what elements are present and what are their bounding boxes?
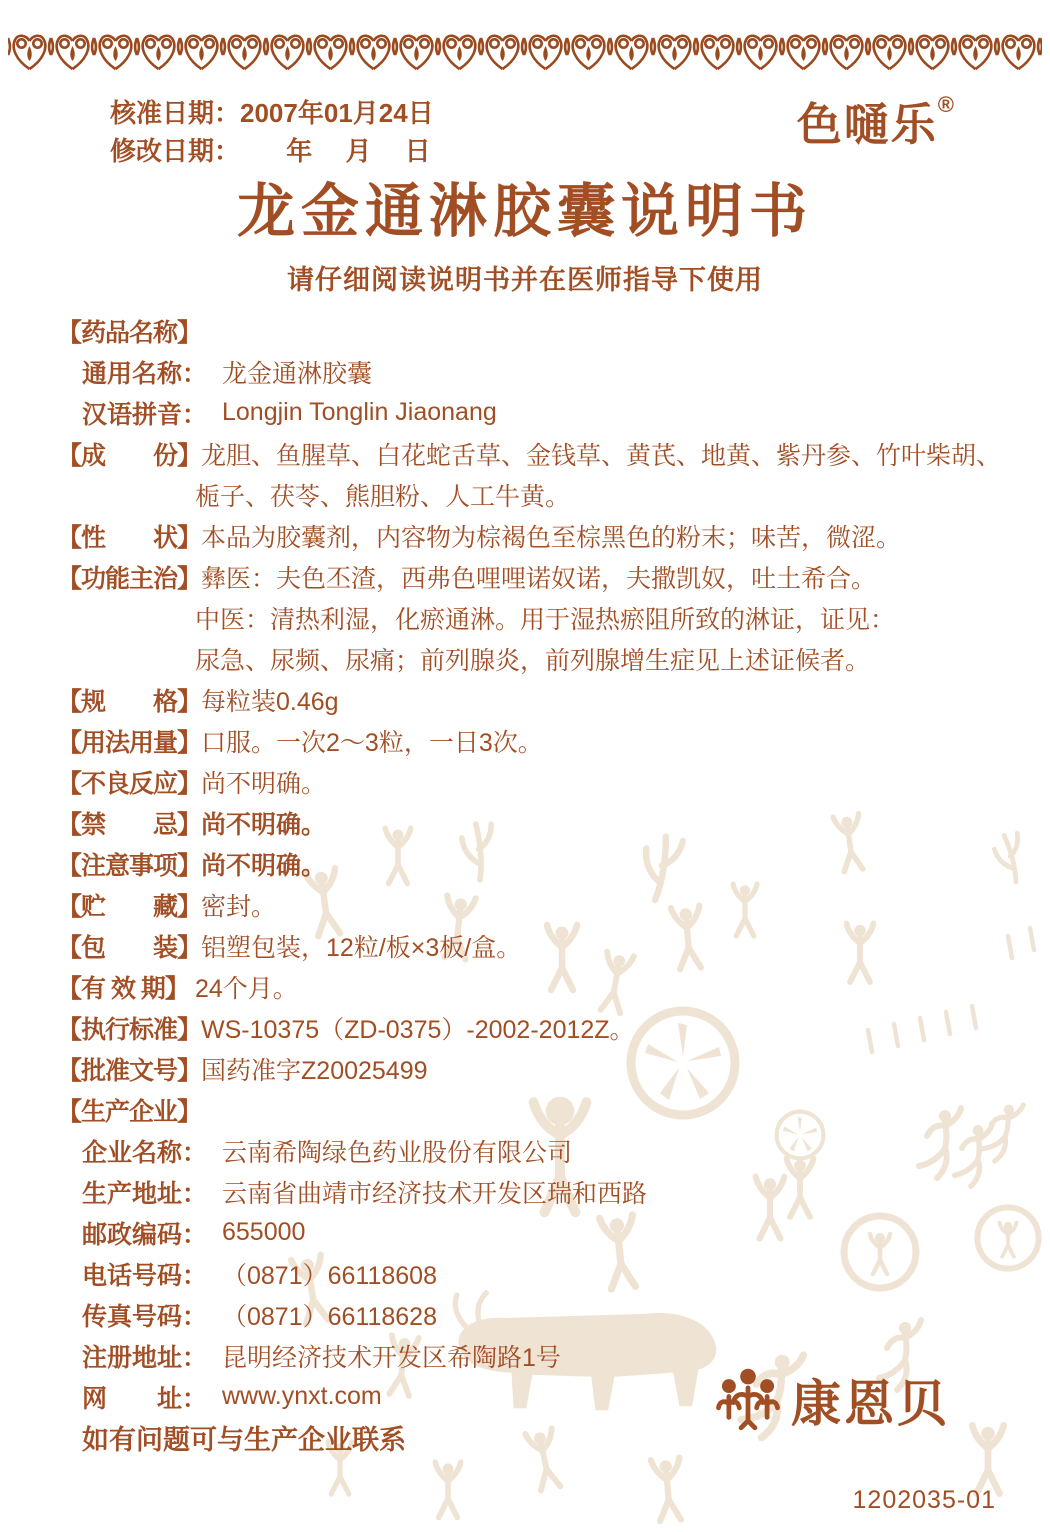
revision-date-label: 修改日期：: [110, 136, 227, 166]
specification: 【规 格】每粒装0.46g: [57, 679, 1012, 720]
field-value: Longjin Tonglin Jiaonang: [222, 398, 497, 427]
field-label: 【贮 藏】: [57, 887, 201, 923]
ingredients: 【成 份】龙胆、鱼腥草、白花蛇舌草、金钱草、黄芪、地黄、紫丹参、竹叶柴胡、: [57, 433, 1012, 474]
page-title: 龙金通淋胶囊说明书: [0, 180, 1050, 244]
production-address: 生产地址：云南省曲靖市经济技术开发区瑞和西路: [57, 1171, 1012, 1212]
storage: 【贮 藏】密封。: [57, 884, 1012, 925]
ingredients-cont: 栀子、茯苓、熊胆粉、人工牛黄。: [57, 474, 1012, 515]
brand-name: 色嗵乐: [797, 99, 938, 150]
field-value: 口服。一次2～3粒，一日3次。: [201, 723, 543, 759]
field-value: （0871）66118608: [222, 1256, 437, 1292]
field-value: 云南希陶绿色药业股份有限公司: [222, 1133, 572, 1169]
field-label: 【包 装】: [57, 928, 201, 964]
dosage: 【用法用量】口服。一次2～3粒，一日3次。: [57, 720, 1012, 761]
field-value: 尚不明确。: [201, 805, 326, 841]
header-dates: 核准日期：2007年01月24日 修改日期： 年 月 日: [110, 94, 434, 170]
field-value: 龙金通淋胶囊: [222, 354, 372, 390]
field-value: 尚不明确。: [201, 846, 326, 882]
field-value: www.ynxt.com: [222, 1382, 382, 1411]
fax-number: 传真号码：（0871）66118628: [57, 1294, 1012, 1335]
field-label: 注册地址：: [82, 1338, 222, 1374]
revision-date-value: 年 月 日: [227, 136, 431, 166]
leaflet-body: 【药品名称】 通用名称：龙金通淋胶囊 汉语拼音：Longjin Tonglin …: [57, 310, 1012, 1458]
field-value: 昆明经济技术开发区希陶路1号: [222, 1338, 561, 1374]
field-value: 彝医：夫色丕渣，西弗色哩哩诺奴诺，夫撒凯奴，吐土希合。: [201, 559, 876, 595]
approval-date-value: 2007年01月24日: [240, 98, 434, 128]
field-label: 通用名称：: [82, 354, 222, 390]
field-value: 密封。: [201, 887, 276, 923]
conba-logo: 康恩贝: [715, 1364, 950, 1436]
field-value: 国药准字Z20025499: [201, 1051, 428, 1087]
page-subtitle: 请仔细阅读说明书并在医师指导下使用: [0, 258, 1050, 297]
field-label: 传真号码：: [82, 1297, 222, 1333]
field-value: WS-10375（ZD-0375）-2002-2012Z。: [201, 1010, 635, 1046]
ornament-border-icon: [8, 28, 1042, 72]
indications-tcm: 中医：清热利湿，化瘀通淋。用于湿热瘀阻所致的淋证，证见：: [57, 597, 1012, 638]
indications-cont: 尿急、尿频、尿痛；前列腺炎，前列腺增生症见上述证候者。: [57, 638, 1012, 679]
brand-mark: 色嗵乐®: [797, 88, 954, 153]
field-label: 【禁 忌】: [57, 805, 201, 841]
description: 【性 状】本品为胶囊剂，内容物为棕褐色至棕黑色的粉末；味苦，微涩。: [57, 515, 1012, 556]
field-value: 栀子、茯苓、熊胆粉、人工牛黄。: [195, 477, 570, 513]
postal-code: 邮政编码：655000: [57, 1212, 1012, 1253]
field-label: 【生产企业】: [57, 1092, 201, 1128]
pinyin-name: 汉语拼音：Longjin Tonglin Jiaonang: [57, 392, 1012, 433]
approval-date-line: 核准日期：2007年01月24日: [110, 94, 434, 132]
field-label: 汉语拼音：: [82, 395, 222, 431]
approval-date-label: 核准日期：: [110, 98, 240, 128]
field-label: 生产地址：: [82, 1174, 222, 1210]
field-label: 网 址：: [82, 1379, 222, 1415]
leaflet-page: 核准日期：2007年01月24日 修改日期： 年 月 日 色嗵乐® 龙金通淋胶囊…: [0, 0, 1050, 1532]
field-value: 如有问题可与生产企业联系: [82, 1418, 406, 1457]
field-label: 【用法用量】: [57, 723, 201, 759]
field-label: 电话号码：: [82, 1256, 222, 1292]
field-value: 24个月。: [195, 969, 298, 1005]
approval-number: 【批准文号】国药准字Z20025499: [57, 1048, 1012, 1089]
field-label: 【不良反应】: [57, 764, 201, 800]
field-label: 【批准文号】: [57, 1051, 201, 1087]
field-label: 【注意事项】: [57, 846, 201, 882]
indications-yi: 【功能主治】彝医：夫色丕渣，西弗色哩哩诺奴诺，夫撒凯奴，吐土希合。: [57, 556, 1012, 597]
field-label: 企业名称：: [82, 1133, 222, 1169]
print-code: 1202035-01: [853, 1486, 996, 1515]
field-value: 尿急、尿频、尿痛；前列腺炎，前列腺增生症见上述证候者。: [195, 641, 870, 677]
packaging: 【包 装】铝塑包装，12粒/板×3板/盒。: [57, 925, 1012, 966]
field-value: 铝塑包装，12粒/板×3板/盒。: [201, 928, 521, 964]
field-value: 中医：清热利湿，化瘀通淋。用于湿热瘀阻所致的淋证，证见：: [195, 600, 895, 636]
field-label: 【药品名称】: [57, 313, 201, 349]
field-label: 【性 状】: [57, 518, 201, 554]
field-value: 每粒装0.46g: [201, 682, 339, 718]
validity-period: 【有 效 期】24个月。: [57, 966, 1012, 1007]
field-value: 本品为胶囊剂，内容物为棕褐色至棕黑色的粉末；味苦，微涩。: [201, 518, 901, 554]
conba-logo-icon: [715, 1366, 781, 1434]
section-drug-name: 【药品名称】: [57, 310, 1012, 351]
revision-date-line: 修改日期： 年 月 日: [110, 132, 434, 170]
field-value: 龙胆、鱼腥草、白花蛇舌草、金钱草、黄芪、地黄、紫丹参、竹叶柴胡、: [201, 436, 1001, 472]
adverse-reactions: 【不良反应】尚不明确。: [57, 761, 1012, 802]
generic-name: 通用名称：龙金通淋胶囊: [57, 351, 1012, 392]
field-label: 【执行标准】: [57, 1010, 201, 1046]
executive-standard: 【执行标准】WS-10375（ZD-0375）-2002-2012Z。: [57, 1007, 1012, 1048]
field-label: 【规 格】: [57, 682, 201, 718]
field-label: 邮政编码：: [82, 1215, 222, 1251]
field-label: 【有 效 期】: [57, 969, 195, 1005]
section-manufacturer: 【生产企业】: [57, 1089, 1012, 1130]
field-label: 【功能主治】: [57, 559, 201, 595]
field-value: 云南省曲靖市经济技术开发区瑞和西路: [222, 1174, 647, 1210]
field-value: 尚不明确。: [201, 764, 326, 800]
precautions: 【注意事项】尚不明确。: [57, 843, 1012, 884]
field-value: 655000: [222, 1218, 305, 1247]
phone-number: 电话号码：（0871）66118608: [57, 1253, 1012, 1294]
conba-logo-text: 康恩贝: [791, 1364, 950, 1436]
field-label: 【成 份】: [57, 436, 201, 472]
contraindications: 【禁 忌】尚不明确。: [57, 802, 1012, 843]
field-value: （0871）66118628: [222, 1297, 437, 1333]
company-name: 企业名称：云南希陶绿色药业股份有限公司: [57, 1130, 1012, 1171]
registered-trademark-symbol: ®: [938, 92, 954, 117]
